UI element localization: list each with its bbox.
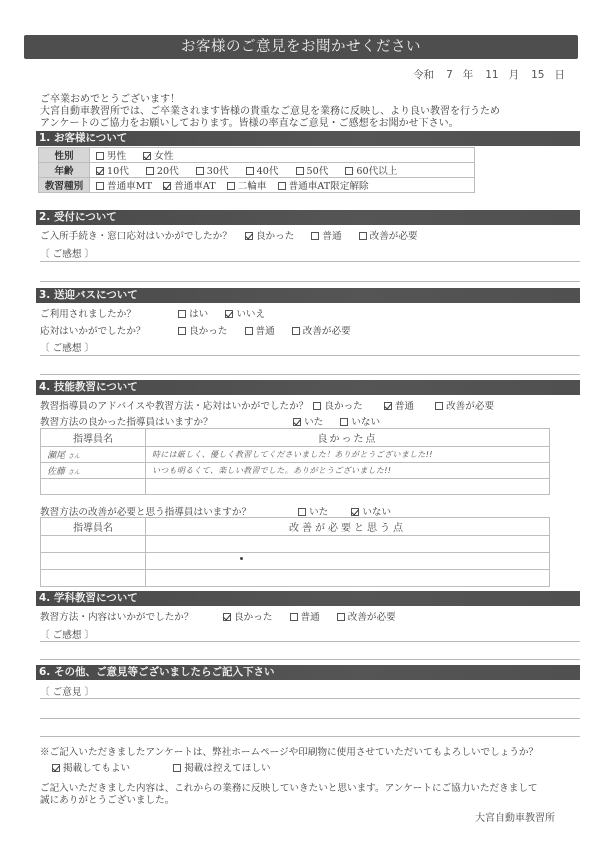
option-needs-improvement[interactable]: 改善が必要 <box>292 323 351 337</box>
option-50s[interactable]: 50代 <box>296 163 329 177</box>
date-month-unit: 月 <box>509 69 520 81</box>
option-at-limit-removal[interactable]: 普通車AT限定解除 <box>278 178 369 192</box>
comment-line[interactable] <box>40 659 580 660</box>
checkbox-unchecked-icon[interactable] <box>340 418 348 426</box>
option-good[interactable]: 良かった <box>178 323 227 337</box>
comment-line[interactable] <box>40 718 580 719</box>
checkbox-unchecked-icon[interactable] <box>435 402 443 410</box>
option-20s[interactable]: 20代 <box>146 163 179 177</box>
closing-line: 誠にありがとうございました。 <box>40 795 538 807</box>
option-10s[interactable]: 10代 <box>96 163 129 177</box>
table-row <box>41 553 550 570</box>
row-label: 教習種別 <box>39 178 90 193</box>
option-label: 普通車MT <box>107 181 152 192</box>
date-day-unit: 日 <box>555 69 566 81</box>
section-header-customer: 1. お客様について <box>36 131 580 146</box>
option-label: 10代 <box>107 166 129 177</box>
checkbox-unchecked-icon[interactable] <box>178 327 186 335</box>
table-row-age: 年齢 10代 20代 30代 40代 50代 60代以上 <box>39 163 475 178</box>
checkbox-unchecked-icon[interactable] <box>359 232 367 240</box>
option-standard-mt[interactable]: 普通車MT <box>96 178 152 192</box>
date-year-unit: 年 <box>463 69 474 81</box>
comment-line[interactable] <box>40 355 580 356</box>
option-label: 普通 <box>322 231 341 242</box>
honorific: さん <box>68 453 80 460</box>
option-label: 30代 <box>207 166 229 177</box>
checkbox-unchecked-icon[interactable] <box>178 310 186 318</box>
instructor-name-cell[interactable] <box>41 553 146 570</box>
checkbox-unchecked-icon[interactable] <box>311 232 319 240</box>
option-label: 良かった <box>256 231 294 242</box>
stray-mark <box>240 557 243 560</box>
option-label: 改善が必要 <box>370 231 418 242</box>
table-row-course: 教習種別 普通車MT 普通車AT 二輪車 普通車AT限定解除 <box>39 178 475 193</box>
comment-line[interactable] <box>40 736 580 737</box>
bus-usage-row: ご利用されましたか？ はい いいえ <box>40 306 279 320</box>
comment-line[interactable] <box>40 698 580 699</box>
option-60s-plus[interactable]: 60代以上 <box>345 163 397 177</box>
date-era: 令和 <box>413 69 434 81</box>
question-text: 教習方法・内容はいかがでしたか？ <box>40 609 220 623</box>
option-label: 良かった <box>234 612 272 623</box>
date-month-value[interactable]: 11 <box>485 69 498 81</box>
comment-cell[interactable]: 時には厳しく、優しく教習してくださいました！ありがとうございました!! <box>146 447 550 463</box>
checkbox-unchecked-icon[interactable] <box>96 152 104 160</box>
comment-cell[interactable] <box>146 536 550 553</box>
row-label: 性別 <box>39 148 90 163</box>
comment-line[interactable] <box>40 281 580 282</box>
checkbox-checked-icon[interactable] <box>225 310 233 318</box>
option-label: 掲載してもよい <box>63 763 130 774</box>
option-label: 男性 <box>107 151 126 162</box>
table-header-row: 指導員名 良かった点 <box>41 429 550 447</box>
instructor-rating-row: 教習指導員のアドバイスや教習方法・応対はいかがでしたか？ 良かった 普通 改善が… <box>40 398 508 412</box>
option-standard-at[interactable]: 普通車AT <box>163 178 216 192</box>
option-label: 良かった <box>189 326 227 337</box>
checkbox-unchecked-icon[interactable] <box>173 764 181 772</box>
option-needs-improvement[interactable]: 改善が必要 <box>337 609 396 623</box>
checkbox-checked-icon[interactable] <box>96 167 104 175</box>
checkbox-checked-icon[interactable] <box>293 418 301 426</box>
handwritten-comment: いつも明るくて、楽しい教習でした。ありがとうございました!! <box>152 466 391 475</box>
checkbox-unchecked-icon[interactable] <box>313 402 321 410</box>
closing-message: ご記入いただきました内容は、これからの業務に反映していきたいと思います。アンケー… <box>40 783 538 807</box>
bus-service-row: 応対はいかがでしたか？ 良かった 普通 改善が必要 <box>40 323 365 337</box>
question-text: 応対はいかがでしたか？ <box>40 323 175 337</box>
question-text: ご入所手続き・窓口応対はいかがでしたか？ <box>40 231 232 242</box>
option-motorcycle[interactable]: 二輪車 <box>227 178 267 192</box>
question-text: 教習方法の改善が必要と思う指導員はいますか？ <box>40 504 295 518</box>
option-good[interactable]: 良かった <box>313 398 362 412</box>
improve-instructor-row: 教習方法の改善が必要と思う指導員はいますか？ いた いない <box>40 504 405 518</box>
column-header-instructor: 指導員名 <box>41 518 146 536</box>
section-header-reception: 2. 受付について <box>36 210 580 225</box>
improve-instructor-table: 指導員名 改善が必要と思う点 <box>40 517 550 587</box>
checkbox-unchecked-icon[interactable] <box>96 182 104 190</box>
checkbox-checked-icon[interactable] <box>384 402 392 410</box>
checkbox-checked-icon[interactable] <box>223 613 231 621</box>
column-header-instructor: 指導員名 <box>41 429 146 447</box>
instructor-name-cell[interactable] <box>41 536 146 553</box>
option-label: 40代 <box>257 166 279 177</box>
section-header-driving-lessons: 4. 技能教習について <box>36 380 580 395</box>
question-text: 教習指導員のアドバイスや教習方法・応対はいかがでしたか？ <box>40 401 308 412</box>
question-text: 教習方法の良かった指導員はいますか？ <box>40 414 290 428</box>
checkbox-unchecked-icon[interactable] <box>227 182 235 190</box>
option-yes[interactable]: いた <box>298 504 328 518</box>
option-label: 普通車AT限定解除 <box>289 181 369 192</box>
checkbox-unchecked-icon[interactable] <box>146 167 154 175</box>
checkbox-checked-icon[interactable] <box>245 232 253 240</box>
column-header-good-points: 良かった点 <box>146 429 550 447</box>
honorific: さん <box>68 469 80 476</box>
good-instructor-table: 指導員名 良かった点 瀬尾さん 時には厳しく、優しく教習してくださいました！あり… <box>40 428 550 495</box>
school-signature: 大宮自動車教習所 <box>475 809 555 824</box>
checkbox-unchecked-icon[interactable] <box>278 182 286 190</box>
option-40s[interactable]: 40代 <box>246 163 279 177</box>
page-title: お客様のご意見をお聞かせください <box>24 35 578 59</box>
reception-question-row: ご入所手続き・窓口応対はいかがでしたか？ 良かった 普通 改善が必要 <box>40 228 432 242</box>
option-normal[interactable]: 普通 <box>290 609 320 623</box>
option-normal[interactable]: 普通 <box>384 398 414 412</box>
option-30s[interactable]: 30代 <box>196 163 229 177</box>
option-label: 60代以上 <box>356 166 397 177</box>
section-header-shuttle-bus: 3. 送迎バスについて <box>36 288 580 303</box>
intro-text: ご卒業おめでとうございます！ 大宮自動車教習所では、ご卒業されます皆様の貴重なご… <box>40 94 500 130</box>
option-yes[interactable]: はい <box>178 306 208 320</box>
option-label: 掲載は控えてほしい <box>184 763 270 774</box>
option-normal[interactable]: 普通 <box>245 323 275 337</box>
comment-line[interactable] <box>40 641 580 642</box>
option-allow-publish[interactable]: 掲載してもよい <box>52 760 130 774</box>
comment-line[interactable] <box>40 374 580 375</box>
option-label: 普通 <box>256 326 275 337</box>
options-cell: 10代 20代 30代 40代 50代 60代以上 <box>90 163 475 178</box>
intro-line: 大宮自動車教習所では、ご卒業されます皆様の貴重なご意見を業務に反映し、より良い教… <box>40 106 500 118</box>
options-cell: 男性 女性 <box>90 148 475 163</box>
option-male[interactable]: 男性 <box>96 148 126 162</box>
comment-line[interactable] <box>40 261 580 262</box>
intro-line: アンケートのご協力をお願いしております。皆様の率直なご意見・ご感想をお聞かせ下さ… <box>40 118 500 130</box>
option-label: 普通 <box>395 401 414 412</box>
consent-question: ※ご記入いただきましたアンケートは、弊社ホームページや印刷物に使用させていただい… <box>40 747 538 759</box>
instructor-name-cell[interactable]: 瀬尾さん <box>41 447 146 463</box>
option-label: 二輪車 <box>238 181 267 192</box>
row-label: 年齢 <box>39 163 90 178</box>
comment-cell[interactable]: いつも明るくて、楽しい教習でした。ありがとうございました!! <box>146 463 550 479</box>
option-female[interactable]: 女性 <box>143 148 173 162</box>
options-cell: 普通車MT 普通車AT 二輪車 普通車AT限定解除 <box>90 178 475 193</box>
option-good[interactable]: 良かった <box>223 609 272 623</box>
section-header-classroom-lessons: 4. 学科教習について <box>36 591 580 606</box>
section-header-other-comments: 6. その他、ご意見等ございましたらご記入下さい <box>36 665 580 680</box>
option-label: 50代 <box>307 166 329 177</box>
instructor-name-cell[interactable] <box>41 479 146 495</box>
option-yes[interactable]: いた <box>293 414 323 428</box>
customer-info-table: 性別 男性 女性 年齢 10代 20代 30代 40代 50代 60代以上 教習… <box>38 147 475 193</box>
closing-line: ご記入いただきました内容は、これからの業務に反映していきたいと思います。アンケー… <box>40 783 538 795</box>
handwritten-comment: 時には厳しく、優しく教習してくださいました！ありがとうございました!! <box>152 450 433 459</box>
intro-line: ご卒業おめでとうございます！ <box>40 94 500 106</box>
option-no[interactable]: いない <box>351 504 391 518</box>
option-label: 改善が必要 <box>348 612 396 623</box>
checkbox-unchecked-icon[interactable] <box>337 613 345 621</box>
option-label: 普通車AT <box>174 181 216 192</box>
table-row: 瀬尾さん 時には厳しく、優しく教習してくださいました！ありがとうございました!! <box>41 447 550 463</box>
table-header-row: 指導員名 改善が必要と思う点 <box>41 518 550 536</box>
option-label: 女性 <box>154 151 173 162</box>
date: 令和7年11月15日 <box>413 67 565 82</box>
column-header-improvement-points: 改善が必要と思う点 <box>146 518 550 536</box>
option-decline-publish[interactable]: 掲載は控えてほしい <box>173 760 270 774</box>
comment-cell[interactable] <box>146 553 550 570</box>
checkbox-checked-icon[interactable] <box>52 764 60 772</box>
checkbox-unchecked-icon[interactable] <box>345 167 353 175</box>
table-row <box>41 479 550 495</box>
table-row <box>41 536 550 553</box>
option-needs-improvement[interactable]: 改善が必要 <box>435 398 494 412</box>
table-row <box>41 570 550 587</box>
option-no[interactable]: いいえ <box>225 306 265 320</box>
comment-cell[interactable] <box>146 479 550 495</box>
checkbox-unchecked-icon[interactable] <box>298 508 306 516</box>
consent-options-row: 掲載してもよい 掲載は控えてほしい <box>52 760 285 774</box>
option-label: 良かった <box>324 401 362 412</box>
checkbox-unchecked-icon[interactable] <box>245 327 253 335</box>
checkbox-unchecked-icon[interactable] <box>246 167 254 175</box>
option-normal[interactable]: 普通 <box>311 228 341 242</box>
checkbox-checked-icon[interactable] <box>351 508 359 516</box>
option-label: いない <box>351 417 380 428</box>
instructor-name: 瀬尾 <box>47 451 65 461</box>
option-label: はい <box>189 309 208 320</box>
checkbox-checked-icon[interactable] <box>143 152 151 160</box>
instructor-name: 佐藤 <box>47 467 65 477</box>
classroom-question-row: 教習方法・内容はいかがでしたか？ 良かった 普通 改善が必要 <box>40 609 410 623</box>
table-row-gender: 性別 男性 女性 <box>39 148 475 163</box>
checkbox-unchecked-icon[interactable] <box>196 167 204 175</box>
table-row: 佐藤さん いつも明るくて、楽しい教習でした。ありがとうございました!! <box>41 463 550 479</box>
option-label: 改善が必要 <box>303 326 351 337</box>
checkbox-unchecked-icon[interactable] <box>292 327 300 335</box>
checkbox-checked-icon[interactable] <box>163 182 171 190</box>
comment-label: 〔 ご意見 〕 <box>40 684 94 698</box>
checkbox-unchecked-icon[interactable] <box>296 167 304 175</box>
option-label: 改善が必要 <box>446 401 494 412</box>
date-year-value[interactable]: 7 <box>446 69 453 81</box>
instructor-name-cell[interactable]: 佐藤さん <box>41 463 146 479</box>
checkbox-unchecked-icon[interactable] <box>290 613 298 621</box>
option-good[interactable]: 良かった <box>245 228 294 242</box>
option-label: いた <box>304 417 323 428</box>
good-instructor-row: 教習方法の良かった指導員はいますか？ いた いない <box>40 414 394 428</box>
comment-cell[interactable] <box>146 570 550 587</box>
instructor-name-cell[interactable] <box>41 570 146 587</box>
option-label: 20代 <box>157 166 179 177</box>
option-no[interactable]: いない <box>340 414 380 428</box>
option-needs-improvement[interactable]: 改善が必要 <box>359 228 418 242</box>
date-day-value[interactable]: 15 <box>531 69 544 81</box>
question-text: ご利用されましたか？ <box>40 306 175 320</box>
comment-label: 〔 ご感想 〕 <box>40 627 94 641</box>
comment-label: 〔 ご感想 〕 <box>40 246 94 260</box>
option-label: いいえ <box>236 309 265 320</box>
comment-label: 〔 ご感想 〕 <box>40 340 94 354</box>
option-label: 普通 <box>301 612 320 623</box>
